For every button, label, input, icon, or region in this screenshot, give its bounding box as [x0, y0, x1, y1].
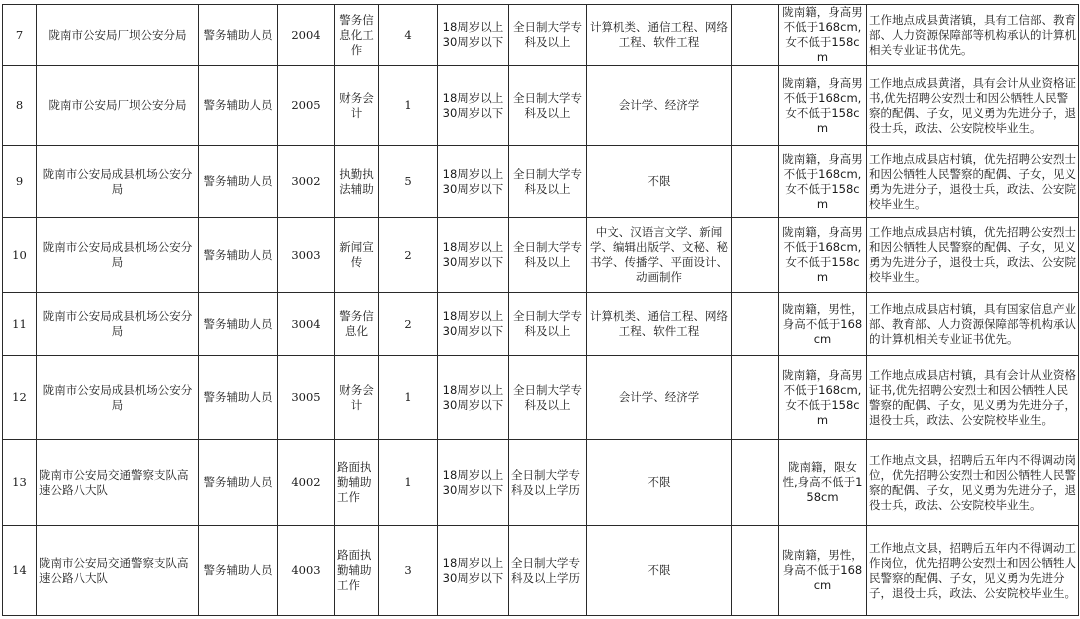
- major-cell: 计算机类、通信工程、网络工程、软件工程: [587, 293, 732, 356]
- conditions-cell: 陇南籍，男性，身高不低于168cm: [779, 526, 867, 616]
- row-number: 12: [3, 356, 37, 440]
- count-cell: 3: [379, 526, 438, 616]
- type-cell: 警务辅助人员: [199, 218, 278, 293]
- education-cell: 全日制大学专科及以上学历: [509, 440, 587, 526]
- notes-cell: 工作地点文县，招聘后五年内不得调动岗位，优先招聘公安烈士和因公牺牲人民警察的配偶…: [867, 440, 1079, 526]
- unit-cell: 陇南市公安局厂坝公安分局: [37, 5, 199, 66]
- age-cell: 18周岁以上30周岁以下: [438, 440, 509, 526]
- age-cell: 18周岁以上30周岁以下: [438, 356, 509, 440]
- type-cell: 警务辅助人员: [199, 66, 278, 146]
- conditions-cell: 陇南籍，身高男不低于168cm,女不低于158cm: [779, 5, 867, 66]
- row-number: 9: [3, 146, 37, 218]
- notes-cell: 工作地点成县店村镇，优先招聘公安烈士和因公牺牲人民警察的配偶、子女，见义勇为先进…: [867, 218, 1079, 293]
- table-row: 13 陇南市公安局交通警察支队高速公路八大队 警务辅助人员 4002 路面执勤辅…: [3, 440, 1079, 526]
- unit-cell: 陇南市公安局厂坝公安分局: [37, 66, 199, 146]
- count-cell: 2: [379, 218, 438, 293]
- conditions-cell: 陇南籍，男性，身高不低于168cm: [779, 293, 867, 356]
- education-cell: 全日制大学专科及以上学历: [509, 526, 587, 616]
- unit-cell: 陇南市公安局成县机场公安分局: [37, 293, 199, 356]
- education-cell: 全日制大学专科及以上: [509, 356, 587, 440]
- conditions-cell: 陇南籍，身高男不低于168cm,女不低于158cm: [779, 146, 867, 218]
- position-cell: 警务信息化工作: [335, 5, 379, 66]
- blank-cell: [732, 218, 779, 293]
- unit-cell: 陇南市公安局交通警察支队高速公路八大队: [37, 440, 199, 526]
- row-number: 14: [3, 526, 37, 616]
- type-cell: 警务辅助人员: [199, 5, 278, 66]
- row-number: 7: [3, 5, 37, 66]
- unit-cell: 陇南市公安局交通警察支队高速公路八大队: [37, 526, 199, 616]
- code-cell: 3005: [278, 356, 335, 440]
- table-row: 14 陇南市公安局交通警察支队高速公路八大队 警务辅助人员 4003 路面执勤辅…: [3, 526, 1079, 616]
- blank-cell: [732, 356, 779, 440]
- education-cell: 全日制大学专科及以上: [509, 293, 587, 356]
- major-cell: 不限: [587, 146, 732, 218]
- count-cell: 2: [379, 293, 438, 356]
- code-cell: 3002: [278, 146, 335, 218]
- notes-cell: 工作地点成县店村镇，具有会计从业资格证书,优先招聘公安烈士和因公牺牲人民警察的配…: [867, 356, 1079, 440]
- position-cell: 路面执勤辅助工作: [335, 440, 379, 526]
- count-cell: 4: [379, 5, 438, 66]
- age-cell: 18周岁以上30周岁以下: [438, 293, 509, 356]
- code-cell: 4002: [278, 440, 335, 526]
- conditions-cell: 陇南籍，限女性,身高不低于158cm: [779, 440, 867, 526]
- code-cell: 3004: [278, 293, 335, 356]
- education-cell: 全日制大学专科及以上: [509, 5, 587, 66]
- blank-cell: [732, 526, 779, 616]
- row-number: 13: [3, 440, 37, 526]
- unit-cell: 陇南市公安局成县机场公安分局: [37, 356, 199, 440]
- type-cell: 警务辅助人员: [199, 356, 278, 440]
- unit-cell: 陇南市公安局成县机场公安分局: [37, 146, 199, 218]
- age-cell: 18周岁以上30周岁以下: [438, 146, 509, 218]
- notes-cell: 工作地点成县黄渚镇，具有工信部、教育部、人力资源保障部等机构承认的计算机相关专业…: [867, 5, 1079, 66]
- position-cell: 新闻宣传: [335, 218, 379, 293]
- count-cell: 1: [379, 356, 438, 440]
- blank-cell: [732, 440, 779, 526]
- table-row: 9 陇南市公安局成县机场公安分局 警务辅助人员 3002 执勤执法辅助 5 18…: [3, 146, 1079, 218]
- conditions-cell: 陇南籍，身高男不低于168cm,女不低于158cm: [779, 356, 867, 440]
- code-cell: 2004: [278, 5, 335, 66]
- count-cell: 5: [379, 146, 438, 218]
- age-cell: 18周岁以上30周岁以下: [438, 66, 509, 146]
- type-cell: 警务辅助人员: [199, 526, 278, 616]
- position-cell: 路面执勤辅助工作: [335, 526, 379, 616]
- table-row: 11 陇南市公安局成县机场公安分局 警务辅助人员 3004 警务信息化 2 18…: [3, 293, 1079, 356]
- type-cell: 警务辅助人员: [199, 440, 278, 526]
- row-number: 10: [3, 218, 37, 293]
- major-cell: 中文、汉语言文学、新闻学、编辑出版学、文秘、秘书学、传播学、平面设计、动画制作: [587, 218, 732, 293]
- recruitment-table: 7 陇南市公安局厂坝公安分局 警务辅助人员 2004 警务信息化工作 4 18周…: [2, 4, 1079, 616]
- blank-cell: [732, 66, 779, 146]
- table-row: 10 陇南市公安局成县机场公安分局 警务辅助人员 3003 新闻宣传 2 18周…: [3, 218, 1079, 293]
- major-cell: 不限: [587, 526, 732, 616]
- conditions-cell: 陇南籍，身高男不低于168cm,女不低于158cm: [779, 66, 867, 146]
- education-cell: 全日制大学专科及以上: [509, 66, 587, 146]
- table-row: 8 陇南市公安局厂坝公安分局 警务辅助人员 2005 财务会计 1 18周岁以上…: [3, 66, 1079, 146]
- type-cell: 警务辅助人员: [199, 146, 278, 218]
- notes-cell: 工作地点成县店村镇，具有国家信息产业部、教育部、人力资源保障部等机构承认的计算机…: [867, 293, 1079, 356]
- major-cell: 会计学、经济学: [587, 66, 732, 146]
- code-cell: 2005: [278, 66, 335, 146]
- row-number: 8: [3, 66, 37, 146]
- position-cell: 执勤执法辅助: [335, 146, 379, 218]
- position-cell: 财务会计: [335, 66, 379, 146]
- major-cell: 会计学、经济学: [587, 356, 732, 440]
- code-cell: 3003: [278, 218, 335, 293]
- position-cell: 警务信息化: [335, 293, 379, 356]
- education-cell: 全日制大学专科及以上: [509, 146, 587, 218]
- count-cell: 1: [379, 66, 438, 146]
- code-cell: 4003: [278, 526, 335, 616]
- age-cell: 18周岁以上30周岁以下: [438, 526, 509, 616]
- count-cell: 1: [379, 440, 438, 526]
- position-cell: 财务会计: [335, 356, 379, 440]
- blank-cell: [732, 5, 779, 66]
- blank-cell: [732, 293, 779, 356]
- age-cell: 18周岁以上30周岁以下: [438, 5, 509, 66]
- notes-cell: 工作地点文县，招聘后五年内不得调动工作岗位，优先招聘公安烈士和因公牺牲人民警察的…: [867, 526, 1079, 616]
- type-cell: 警务辅助人员: [199, 293, 278, 356]
- major-cell: 计算机类、通信工程、网络工程、软件工程: [587, 5, 732, 66]
- notes-cell: 工作地点成县黄渚，具有会计从业资格证书,优先招聘公安烈士和因公牺牲人民警察的配偶…: [867, 66, 1079, 146]
- education-cell: 全日制大学专科及以上: [509, 218, 587, 293]
- age-cell: 18周岁以上30周岁以下: [438, 218, 509, 293]
- table-row: 12 陇南市公安局成县机场公安分局 警务辅助人员 3005 财务会计 1 18周…: [3, 356, 1079, 440]
- unit-cell: 陇南市公安局成县机场公安分局: [37, 218, 199, 293]
- notes-cell: 工作地点成县店村镇，优先招聘公安烈士和因公牺牲人民警察的配偶、子女，见义勇为先进…: [867, 146, 1079, 218]
- conditions-cell: 陇南籍，身高男不低于168cm,女不低于158cm: [779, 218, 867, 293]
- row-number: 11: [3, 293, 37, 356]
- major-cell: 不限: [587, 440, 732, 526]
- blank-cell: [732, 146, 779, 218]
- table-row: 7 陇南市公安局厂坝公安分局 警务辅助人员 2004 警务信息化工作 4 18周…: [3, 5, 1079, 66]
